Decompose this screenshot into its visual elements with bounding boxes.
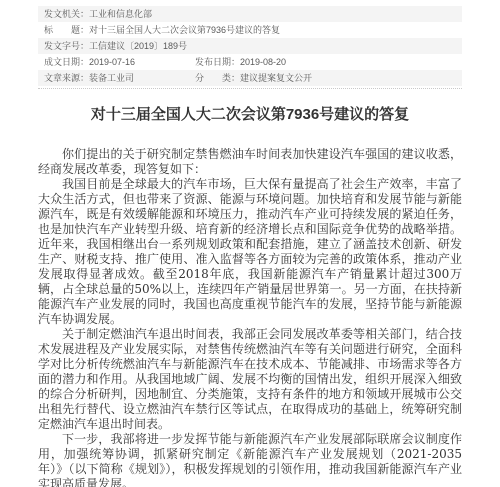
source-label: 文章来源： <box>44 73 89 83</box>
meta-cell: 成文日期：2019-07-16 <box>44 54 195 70</box>
body-paragraph-3: 关于制定燃油汽车退出时间表，我部正会同发展改革委等相关部门，结合技术发展进程及产… <box>38 327 462 432</box>
meta-row-title: 标 题：对十三届全国人大二次会议第7936号建议的答复 <box>38 22 462 38</box>
document-body: 你们提出的关于研究制定禁售燃油车时间表加快建设汽车强国的建议收悉，经商发展改革委… <box>38 147 462 487</box>
meta-cell: 分 类：建议提案复文公开 <box>195 70 312 86</box>
body-paragraph-1: 你们提出的关于研究制定禁售燃油车时间表加快建设汽车强国的建议收悉，经商发展改革委… <box>38 147 462 177</box>
doc-number-label: 发文字号： <box>44 41 89 51</box>
category-label: 分 类： <box>195 73 240 83</box>
meta-row-dates: 成文日期：2019-07-16 发布日期：2019-08-20 <box>38 54 462 70</box>
meta-row-doc-number: 发文字号：工信建议〔2019〕189号 <box>38 38 462 54</box>
publish-date-value: 2019-08-20 <box>240 57 286 67</box>
source-value: 装备工业司 <box>89 73 134 83</box>
meta-cell: 文章来源：装备工业司 <box>44 70 195 86</box>
issuing-agency-label: 发文机关： <box>44 9 89 19</box>
written-date-value: 2019-07-16 <box>89 57 135 67</box>
meta-cell: 标 题：对十三届全国人大二次会议第7936号建议的答复 <box>44 22 280 38</box>
document-metadata-panel: 发文机关：工业和信息化部 标 题：对十三届全国人大二次会议第7936号建议的答复… <box>38 6 462 89</box>
publish-date-label: 发布日期： <box>195 57 240 67</box>
meta-cell: 发布日期：2019-08-20 <box>195 54 286 70</box>
meta-cell: 发文机关：工业和信息化部 <box>44 6 152 22</box>
meta-row-source-category: 文章来源：装备工业司 分 类：建议提案复文公开 <box>38 70 462 86</box>
meta-cell: 发文字号：工信建议〔2019〕189号 <box>44 38 187 54</box>
meta-row-issuing-agency: 发文机关：工业和信息化部 <box>38 6 462 22</box>
written-date-label: 成文日期： <box>44 57 89 67</box>
document-page: 发文机关：工业和信息化部 标 题：对十三届全国人大二次会议第7936号建议的答复… <box>0 0 500 487</box>
doc-number-value: 工信建议〔2019〕189号 <box>89 41 187 51</box>
issuing-agency-value: 工业和信息化部 <box>89 9 152 19</box>
body-paragraph-4: 下一步，我部将进一步发挥节能与新能源汽车产业发展部际联席会议制度作用，加强统筹协… <box>38 432 462 487</box>
body-paragraph-2: 我国目前是全球最大的汽车市场，巨大保有量提高了社会生产效率，丰富了大众生活方式，… <box>38 177 462 327</box>
category-value: 建议提案复文公开 <box>240 73 312 83</box>
title-label: 标 题： <box>44 25 89 35</box>
document-title: 对十三届全国人大二次会议第7936号建议的答复 <box>38 104 462 126</box>
title-value: 对十三届全国人大二次会议第7936号建议的答复 <box>89 25 280 35</box>
